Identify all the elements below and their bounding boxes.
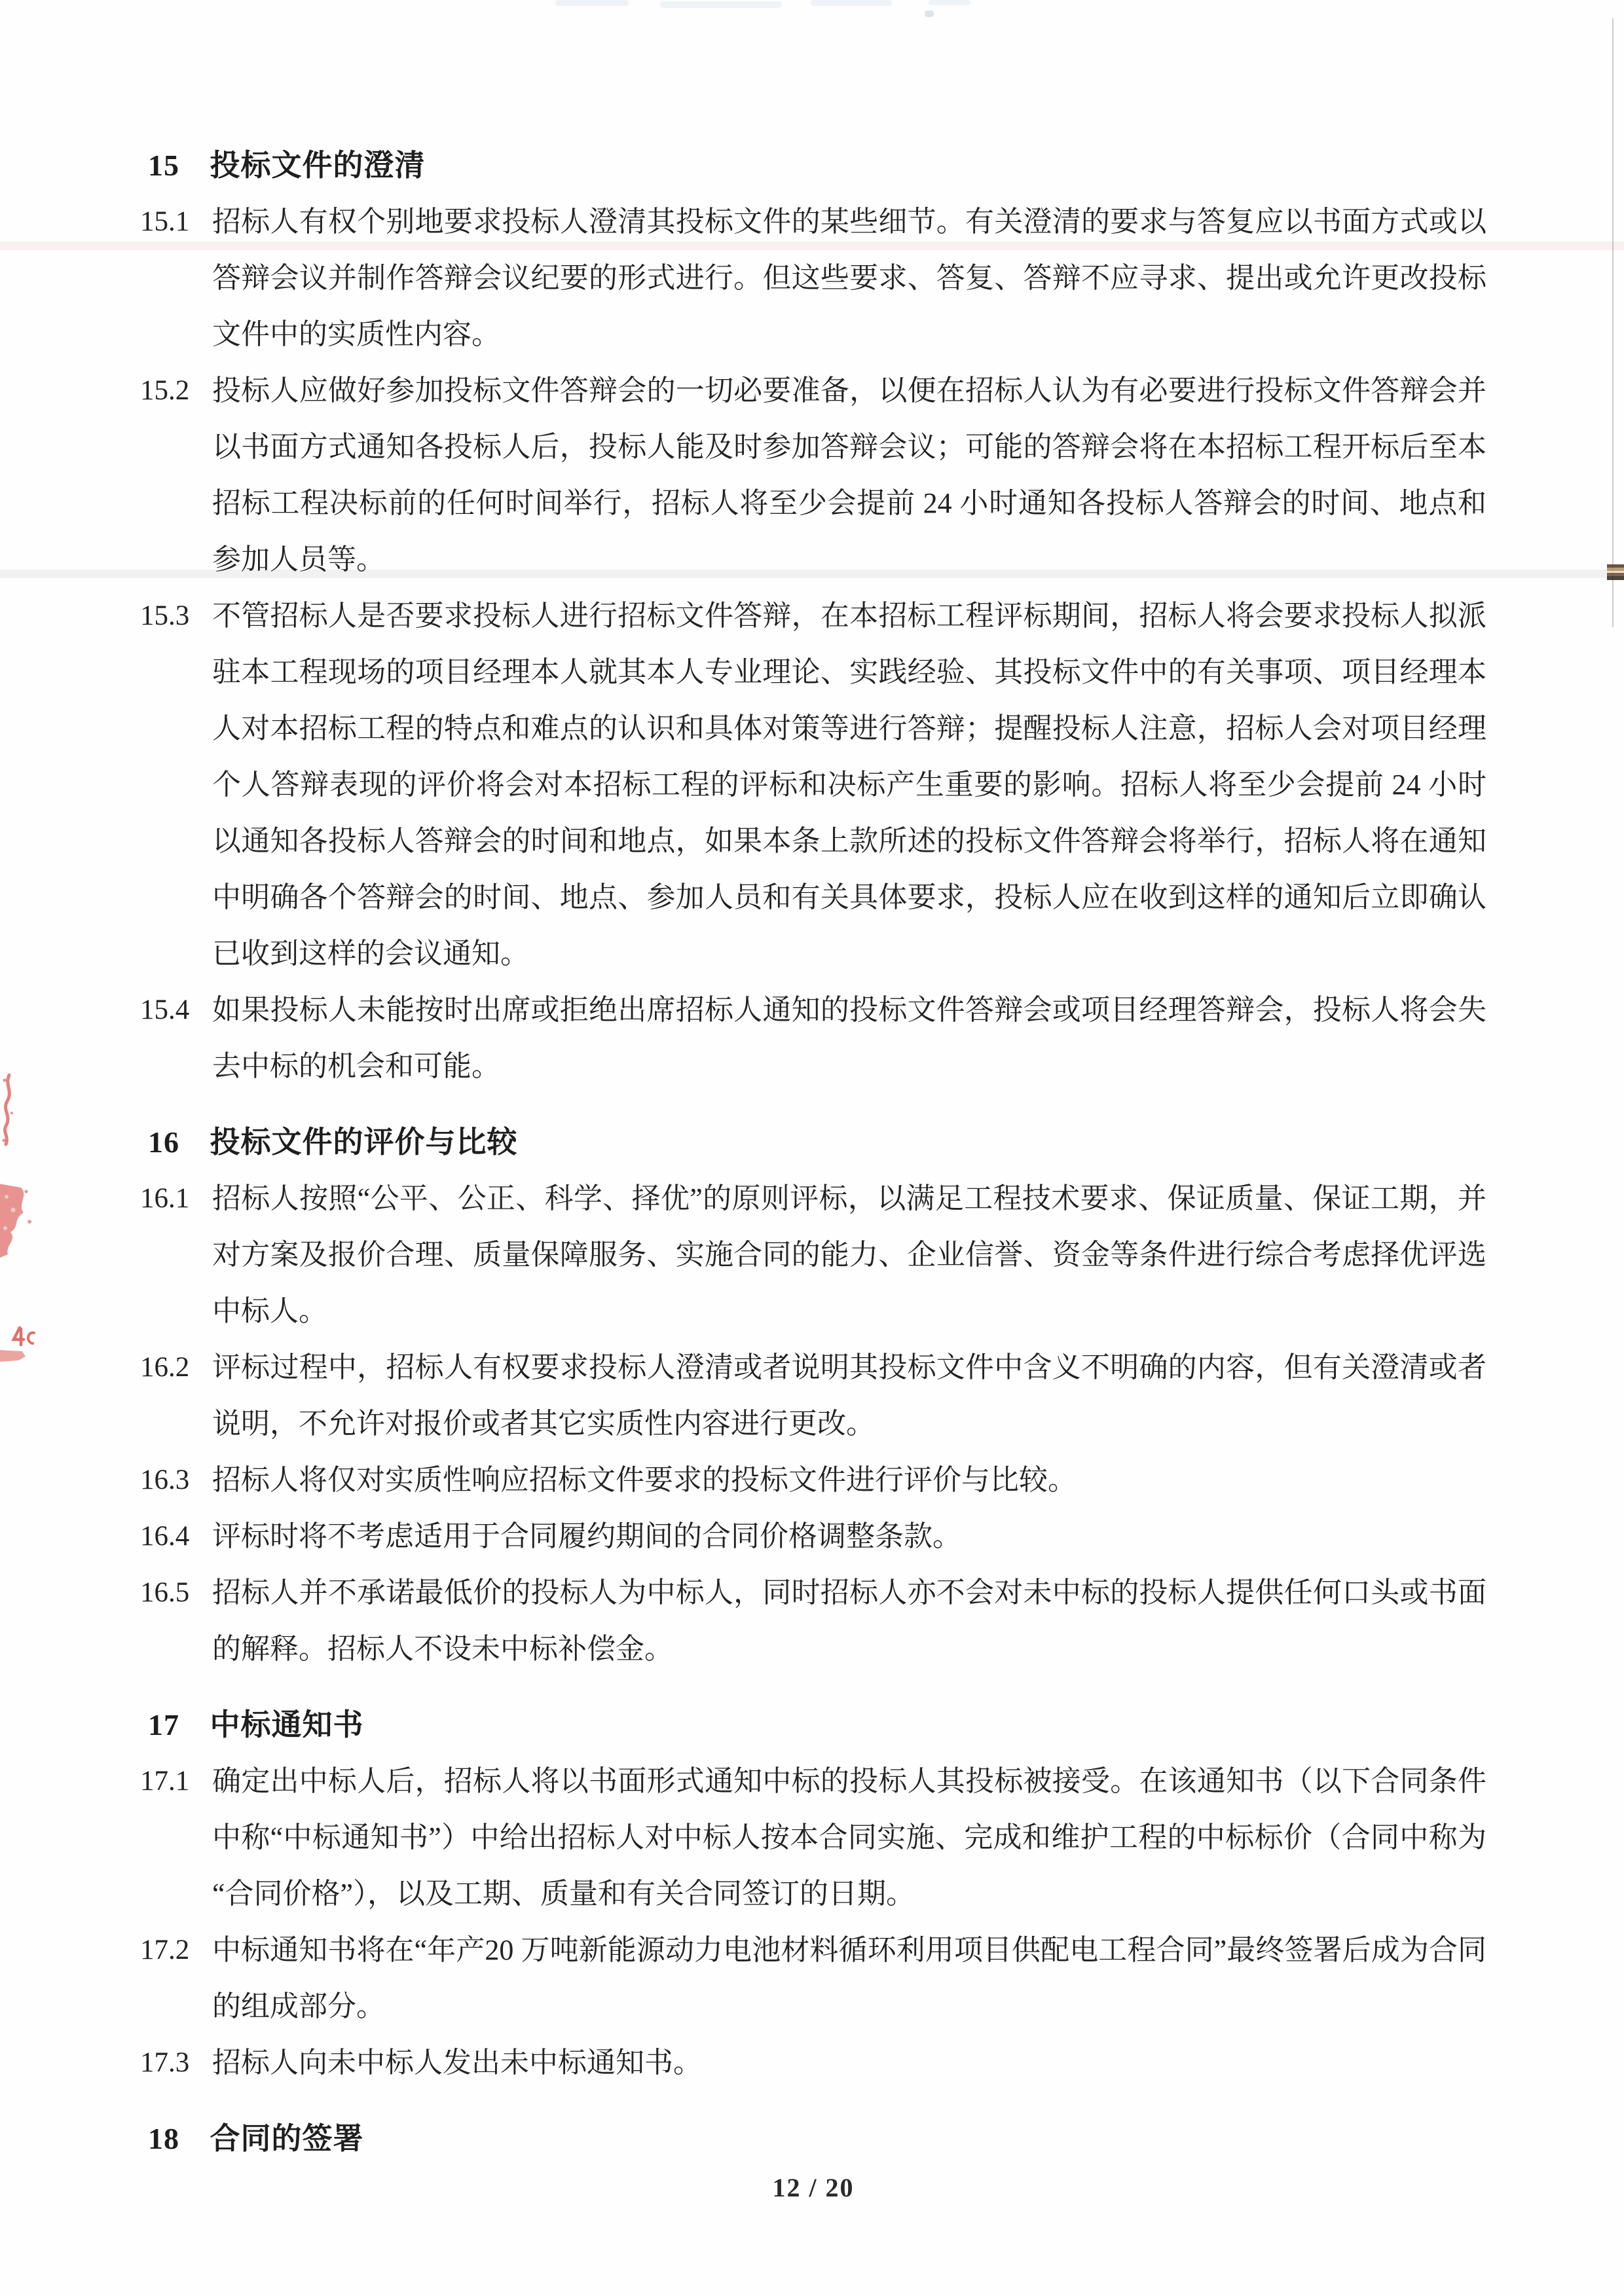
scan-smudge: [555, 0, 629, 6]
clause-number: 16.4: [140, 1508, 189, 1565]
page-number: 12 / 20: [140, 2172, 1486, 2203]
clause-text: 评标过程中，招标人有权要求投标人澄清或者说明其投标文件中含义不明确的内容，但有关…: [212, 1351, 1486, 1440]
section-heading-16: 16 投标文件的评价与比较: [148, 1114, 1486, 1171]
clause-16-5: 16.5 招标人并不承诺最低价的投标人为中标人，同时招标人亦不会对未中标的投标人…: [140, 1565, 1486, 1677]
document-body: 15 投标文件的澄清 15.1 招标人有权个别地要求投标人澄清其投标文件的某些细…: [140, 137, 1486, 2167]
scan-smudge: [925, 10, 934, 17]
clause-number: 16.2: [140, 1339, 189, 1396]
clause-number: 15.3: [140, 588, 189, 644]
clause-number: 15.2: [140, 363, 189, 419]
clause-text: 招标人将仅对实质性响应招标文件要求的投标文件进行评价与比较。: [212, 1464, 1077, 1496]
scan-smudge: [660, 1, 782, 8]
scanned-document-page: 15 投标文件的澄清 15.1 招标人有权个别地要求投标人澄清其投标文件的某些细…: [0, 0, 1624, 2296]
section-heading-15: 15 投标文件的澄清: [148, 137, 1486, 194]
clause-number: 16.1: [140, 1171, 189, 1227]
scan-smudge: [929, 0, 970, 5]
clause-number: 16.5: [140, 1565, 189, 1621]
clause-16-3: 16.3 招标人将仅对实质性响应招标文件要求的投标文件进行评价与比较。: [140, 1452, 1486, 1508]
clause-15-2: 15.2 投标人应做好参加投标文件答辩会的一切必要准备，以便在招标人认为有必要进…: [140, 363, 1486, 588]
clause-16-2: 16.2 评标过程中，招标人有权要求投标人澄清或者说明其投标文件中含义不明确的内…: [140, 1339, 1486, 1452]
clause-15-4: 15.4 如果投标人未能按时出席或拒绝出席招标人通知的投标文件答辩会或项目经理答…: [140, 982, 1486, 1095]
section-title: 合同的签署: [210, 2122, 364, 2155]
clause-text: 招标人按照“公平、公正、科学、择优”的原则评标，以满足工程技术要求、保证质量、保…: [212, 1182, 1486, 1327]
section-heading-17: 17 中标通知书: [148, 1697, 1486, 1753]
clause-number: 17.3: [140, 2035, 189, 2091]
binding-edge-line: [1612, 18, 1614, 627]
clause-15-1: 15.1 招标人有权个别地要求投标人澄清其投标文件的某些细节。有关澄清的要求与答…: [140, 194, 1486, 363]
clause-text: 投标人应做好参加投标文件答辩会的一切必要准备，以便在招标人认为有必要进行投标文件…: [212, 374, 1486, 575]
clause-text: 确定出中标人后，招标人将以书面形式通知中标的投标人其投标被接受。在该通知书（以下…: [212, 1765, 1486, 1910]
section-title: 投标文件的澄清: [210, 149, 426, 182]
scan-smudge: [811, 0, 892, 6]
clause-16-1: 16.1 招标人按照“公平、公正、科学、择优”的原则评标，以满足工程技术要求、保…: [140, 1171, 1486, 1339]
clause-text: 招标人并不承诺最低价的投标人为中标人，同时招标人亦不会对未中标的投标人提供任何口…: [212, 1576, 1486, 1665]
clause-number: 16.3: [140, 1452, 189, 1508]
clause-text: 如果投标人未能按时出席或拒绝出席招标人通知的投标文件答辩会或项目经理答辩会，投标…: [212, 994, 1486, 1082]
clause-text: 中标通知书将在“年产20 万吨新能源动力电池材料循环利用项目供配电工程合同”最终…: [212, 1934, 1486, 2022]
section-title: 中标通知书: [210, 1708, 364, 1741]
clause-number: 15.4: [140, 982, 189, 1038]
section-heading-18: 18 合同的签署: [148, 2111, 1486, 2167]
section-number: 15: [148, 149, 179, 182]
clause-text: 招标人向未中标人发出未中标通知书。: [212, 2047, 702, 2079]
clause-16-4: 16.4 评标时将不考虑适用于合同履约期间的合同价格调整条款。: [140, 1508, 1486, 1565]
section-number: 18: [148, 2122, 179, 2155]
clause-number: 15.1: [140, 194, 189, 250]
section-number: 17: [148, 1708, 179, 1741]
clause-text: 招标人有权个别地要求投标人澄清其投标文件的某些细节。有关澄清的要求与答复应以书面…: [212, 206, 1486, 350]
clause-17-1: 17.1 确定出中标人后，招标人将以书面形式通知中标的投标人其投标被接受。在该通…: [140, 1753, 1486, 1922]
clause-17-2: 17.2 中标通知书将在“年产20 万吨新能源动力电池材料循环利用项目供配电工程…: [140, 1922, 1486, 2035]
section-title: 投标文件的评价与比较: [210, 1125, 518, 1159]
red-ink-marks: [0, 1067, 39, 1375]
section-number: 16: [148, 1125, 179, 1159]
binding-edge-mark: [1607, 564, 1624, 580]
clause-17-3: 17.3 招标人向未中标人发出未中标通知书。: [140, 2035, 1486, 2091]
clause-number: 17.1: [140, 1753, 189, 1810]
clause-text: 评标时将不考虑适用于合同履约期间的合同价格调整条款。: [212, 1520, 961, 1552]
clause-text: 不管招标人是否要求投标人进行招标文件答辩，在本招标工程评标期间，招标人将会要求投…: [212, 600, 1486, 970]
clause-15-3: 15.3 不管招标人是否要求投标人进行招标文件答辩，在本招标工程评标期间，招标人…: [140, 588, 1486, 982]
clause-number: 17.2: [140, 1922, 189, 1978]
